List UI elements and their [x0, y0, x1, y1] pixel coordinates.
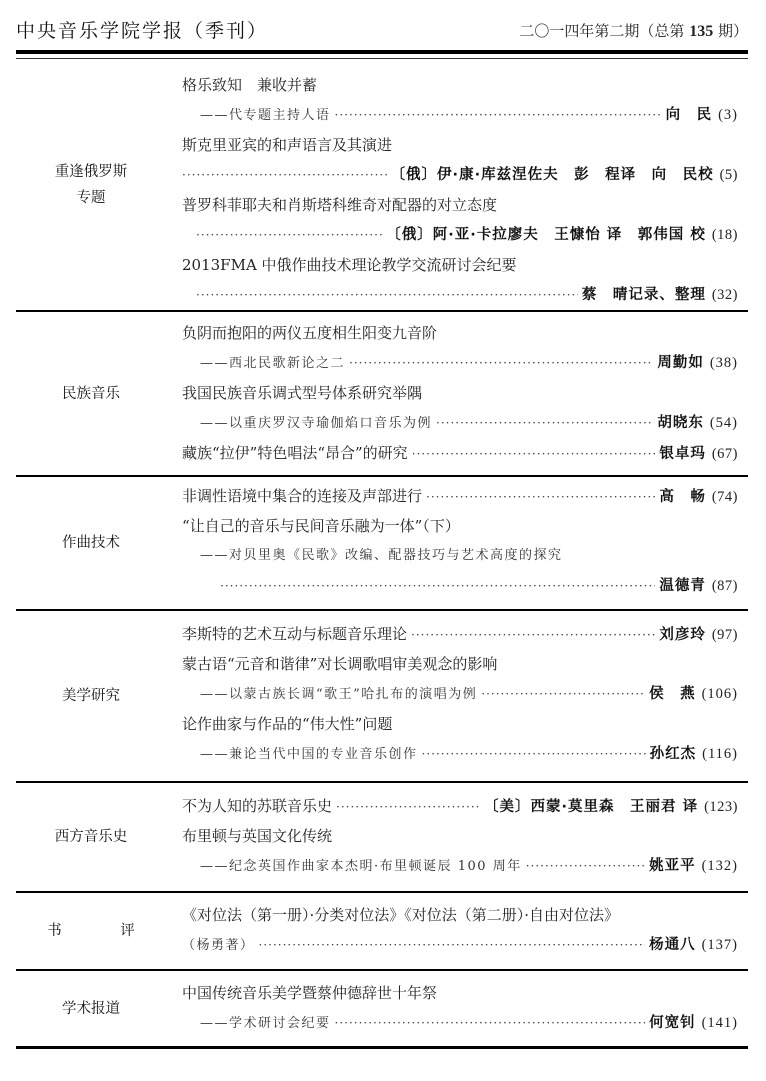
article-entry[interactable]: 李斯特的艺术互动与标题音乐理论 刘彦玲 (97)	[182, 619, 738, 649]
leader-dots	[436, 408, 653, 438]
leader-dots	[411, 620, 655, 650]
leader-dots	[196, 280, 578, 310]
article-title-text: 格乐致知 兼收并蓄	[182, 70, 317, 100]
article-title[interactable]: 蒙古语“元音和谐律”对长调歌唱审美观念的影响	[182, 649, 738, 679]
article-subtitle: ——对贝里奥《民歌》改编、配器技巧与艺术高度的探究	[200, 541, 563, 571]
page-number: (97)	[712, 620, 738, 650]
section-western-music-history: 西方音乐史 不为人知的苏联音乐史 〔美〕西蒙·莫里森 王丽君 译 (123) 布…	[16, 783, 748, 893]
article-author: 温德青	[659, 571, 706, 601]
section-aesthetics: 美学研究 李斯特的艺术互动与标题音乐理论 刘彦玲 (97) 蒙古语“元音和谐律”…	[16, 611, 748, 783]
article-list: 格乐致知 兼收并蓄 ——代专题主持人语 向 民 (3) 斯克里亚宾的和声语言及其…	[182, 70, 738, 310]
leader-dots	[481, 679, 645, 709]
article-title[interactable]: 斯克里亚宾的和声语言及其演进	[182, 130, 738, 160]
article-author: 孙红杰	[650, 739, 697, 769]
page-number: (67)	[712, 439, 738, 469]
article-entry[interactable]: 不为人知的苏联音乐史 〔美〕西蒙·莫里森 王丽君 译 (123)	[182, 791, 738, 821]
section-label: 学术报道	[16, 971, 166, 1046]
section-label-line1: 作曲技术	[62, 530, 120, 556]
article-title-text: 负阴而抱阳的两仪五度相生阳变九音阶	[182, 318, 437, 348]
issue-suffix: 期）	[718, 22, 748, 40]
article-title-text: “让自己的音乐与民间音乐融为一体”（下）	[182, 511, 460, 541]
article-author: 蔡 晴记录、整理	[582, 280, 706, 310]
section-label-line1: 美学研究	[62, 683, 120, 709]
section-label-line1: 学术报道	[62, 996, 120, 1022]
page-number: (3)	[718, 100, 738, 130]
article-entry[interactable]: 蔡 晴记录、整理 (32)	[182, 280, 738, 310]
page-number: (137)	[702, 930, 738, 960]
page-number: (141)	[702, 1008, 738, 1038]
article-author: 〔俄〕伊·康·库兹涅佐夫 彭 程译 向 民校	[391, 160, 714, 190]
section-book-review: 书 评 《对位法（第一册）·分类对位法》《对位法（第二册）·自由对位法》 （杨勇…	[16, 893, 748, 971]
article-author: 银卓玛	[659, 439, 706, 469]
leader-dots	[335, 100, 662, 130]
article-author: 周勤如	[657, 348, 704, 378]
article-entry[interactable]: ——兼论当代中国的专业音乐创作 孙红杰 (116)	[182, 739, 738, 769]
section-label: 作曲技术	[16, 477, 166, 609]
article-title[interactable]: 普罗科菲耶夫和肖斯塔科维奇对配器的对立态度	[182, 190, 738, 220]
article-subtitle: ——代专题主持人语	[200, 101, 331, 131]
article-title[interactable]: 论作曲家与作品的“伟大性”问题	[182, 709, 738, 739]
section-academic-report: 学术报道 中国传统音乐美学暨蔡仲德辞世十年祭 ——学术研讨会纪要 何宽钊 (14…	[16, 971, 748, 1049]
section-label-line1: 书 评	[47, 918, 157, 944]
article-entry[interactable]: 〔俄〕阿·亚·卡拉廖夫 王慷怡 译 郭伟国 校 (18)	[182, 220, 738, 250]
article-entry[interactable]: ——西北民歌新论之二 周勤如 (38)	[182, 348, 738, 378]
article-entry[interactable]: ——以蒙古族长调“歌王”哈扎布的演唱为例 侯 燕 (106)	[182, 679, 738, 709]
leader-dots	[220, 571, 655, 601]
article-title-text: 普罗科菲耶夫和肖斯塔科维奇对配器的对立态度	[182, 190, 497, 220]
leader-dots	[349, 348, 653, 378]
article-title[interactable]: 中国传统音乐美学暨蔡仲德辞世十年祭	[182, 978, 738, 1008]
article-list: 不为人知的苏联音乐史 〔美〕西蒙·莫里森 王丽君 译 (123) 布里顿与英国文…	[182, 791, 738, 881]
article-title-text: 斯克里亚宾的和声语言及其演进	[182, 130, 392, 160]
page-number: (54)	[710, 408, 738, 438]
leader-dots	[426, 482, 655, 512]
article-title-text: 蒙古语“元音和谐律”对长调歌唱审美观念的影响	[182, 649, 497, 679]
section-label: 西方音乐史	[16, 783, 166, 891]
page-number: (132)	[702, 851, 738, 881]
article-title-text: 布里顿与英国文化传统	[182, 821, 332, 851]
article-entry[interactable]: ——纪念英国作曲家本杰明·布里顿诞辰 100 周年 姚亚平 (132)	[182, 851, 738, 881]
page-number: (116)	[702, 739, 738, 769]
article-list: 负阴而抱阳的两仪五度相生阳变九音阶 ——西北民歌新论之二 周勤如 (38) 我国…	[182, 318, 738, 468]
article-title-text: 非调性语境中集合的连接及声部进行	[182, 481, 422, 511]
article-subtitle: ——以蒙古族长调“歌王”哈扎布的演唱为例	[200, 680, 477, 710]
issue-prefix: 二〇一四年第二期（总第	[519, 22, 684, 40]
section-label: 民族音乐	[16, 312, 166, 475]
article-entry[interactable]: 非调性语境中集合的连接及声部进行 高 畅 (74)	[182, 481, 738, 511]
article-subtitle-line[interactable]: ——对贝里奥《民歌》改编、配器技巧与艺术高度的探究	[182, 541, 738, 571]
article-title-text: 《对位法（第一册）·分类对位法》《对位法（第二册）·自由对位法》	[182, 900, 619, 930]
article-title[interactable]: 我国民族音乐调式型号体系研究举隅	[182, 378, 738, 408]
leader-dots	[526, 851, 645, 881]
article-author: 高 畅	[659, 482, 706, 512]
page-number: (87)	[712, 571, 738, 601]
leader-dots	[422, 739, 646, 769]
article-entry[interactable]: 温德青 (87)	[182, 571, 738, 601]
section-label-line1: 重逢俄罗斯	[55, 159, 128, 185]
article-author: 何宽钊	[649, 1008, 696, 1038]
article-title-text: 藏族“拉伊”特色唱法“昂合”的研究	[182, 438, 408, 468]
article-author: 姚亚平	[649, 851, 696, 881]
page-number: (123)	[704, 792, 738, 822]
article-subtitle: ——学术研讨会纪要	[200, 1009, 331, 1039]
article-author: 刘彦玲	[659, 620, 706, 650]
article-title-text: 论作曲家与作品的“伟大性”问题	[182, 709, 392, 739]
article-entry[interactable]: ——代专题主持人语 向 民 (3)	[182, 100, 738, 130]
article-title-text: 李斯特的艺术互动与标题音乐理论	[182, 619, 407, 649]
article-list: 李斯特的艺术互动与标题音乐理论 刘彦玲 (97) 蒙古语“元音和谐律”对长调歌唱…	[182, 619, 738, 769]
article-title[interactable]: 格乐致知 兼收并蓄	[182, 70, 738, 100]
article-author: 〔俄〕阿·亚·卡拉廖夫 王慷怡 译 郭伟国 校	[386, 220, 706, 250]
article-subtitle: （杨勇著）	[182, 931, 255, 961]
article-title[interactable]: “让自己的音乐与民间音乐融为一体”（下）	[182, 511, 738, 541]
article-title[interactable]: 布里顿与英国文化传统	[182, 821, 738, 851]
section-ethnic-music: 民族音乐 负阴而抱阳的两仪五度相生阳变九音阶 ——西北民歌新论之二 周勤如 (3…	[16, 312, 748, 477]
article-subtitle: ——纪念英国作曲家本杰明·布里顿诞辰 100 周年	[200, 852, 522, 882]
header-rule-thick	[16, 50, 748, 54]
article-subtitle: ——以重庆罗汉寺瑜伽焰口音乐为例	[200, 409, 432, 439]
section-composition-technique: 作曲技术 非调性语境中集合的连接及声部进行 高 畅 (74) “让自己的音乐与民…	[16, 477, 748, 611]
article-subtitle: ——西北民歌新论之二	[200, 349, 345, 379]
article-subtitle: ——兼论当代中国的专业音乐创作	[200, 740, 418, 770]
article-list: 《对位法（第一册）·分类对位法》《对位法（第二册）·自由对位法》 （杨勇著） 杨…	[182, 900, 738, 960]
article-author: 杨通八	[649, 930, 696, 960]
leader-dots	[335, 1008, 646, 1038]
article-title[interactable]: 《对位法（第一册）·分类对位法》《对位法（第二册）·自由对位法》	[182, 900, 738, 930]
section-label: 书 评	[16, 893, 166, 969]
page-number: (18)	[712, 220, 738, 250]
page-number: (5)	[720, 160, 738, 190]
page-number: (38)	[710, 348, 738, 378]
section-russia-special: 重逢俄罗斯 专题 格乐致知 兼收并蓄 ——代专题主持人语 向 民 (3) 斯克里…	[16, 60, 748, 312]
page-number: (106)	[702, 679, 738, 709]
page-number: (74)	[712, 482, 738, 512]
article-author: 向 民	[666, 100, 713, 130]
article-author: 侯 燕	[649, 679, 696, 709]
article-entry[interactable]: 〔俄〕伊·康·库兹涅佐夫 彭 程译 向 民校 (5)	[182, 160, 738, 190]
article-title-text: 2013FMA 中俄作曲技术理论教学交流研讨会纪要	[182, 250, 517, 280]
leader-dots	[336, 792, 480, 822]
article-entry[interactable]: （杨勇著） 杨通八 (137)	[182, 930, 738, 960]
section-label-line2: 专题	[77, 185, 106, 211]
section-label: 美学研究	[16, 611, 166, 781]
issue-info: 二〇一四年第二期（总第 135 期）	[519, 20, 748, 41]
section-label-line1: 西方音乐史	[55, 824, 128, 850]
journal-title: 中央音乐学院学报（季刊）	[16, 16, 268, 43]
issue-number: 135	[689, 23, 713, 40]
section-label: 重逢俄罗斯 专题	[16, 60, 166, 310]
article-author: 〔美〕西蒙·莫里森 王丽君 译	[484, 792, 698, 822]
article-entry[interactable]: 藏族“拉伊”特色唱法“昂合”的研究 银卓玛 (67)	[182, 438, 738, 468]
leader-dots	[259, 930, 646, 960]
leader-dots	[182, 160, 387, 190]
leader-dots	[196, 220, 382, 250]
article-entry[interactable]: ——以重庆罗汉寺瑜伽焰口音乐为例 胡晓东 (54)	[182, 408, 738, 438]
section-label-line1: 民族音乐	[62, 381, 120, 407]
header-rule-thin	[16, 58, 748, 59]
article-title-text: 我国民族音乐调式型号体系研究举隅	[182, 378, 422, 408]
article-title[interactable]: 负阴而抱阳的两仪五度相生阳变九音阶	[182, 318, 738, 348]
page-header: 中央音乐学院学报（季刊） 二〇一四年第二期（总第 135 期）	[16, 14, 748, 44]
article-title-text: 不为人知的苏联音乐史	[182, 791, 332, 821]
article-list: 中国传统音乐美学暨蔡仲德辞世十年祭 ——学术研讨会纪要 何宽钊 (141)	[182, 978, 738, 1038]
article-list: 非调性语境中集合的连接及声部进行 高 畅 (74) “让自己的音乐与民间音乐融为…	[182, 481, 738, 601]
page-number: (32)	[712, 280, 738, 310]
article-title[interactable]: 2013FMA 中俄作曲技术理论教学交流研讨会纪要	[182, 250, 738, 280]
article-author: 胡晓东	[657, 408, 704, 438]
article-entry[interactable]: ——学术研讨会纪要 何宽钊 (141)	[182, 1008, 738, 1038]
leader-dots	[412, 439, 656, 469]
article-title-text: 中国传统音乐美学暨蔡仲德辞世十年祭	[182, 978, 437, 1008]
